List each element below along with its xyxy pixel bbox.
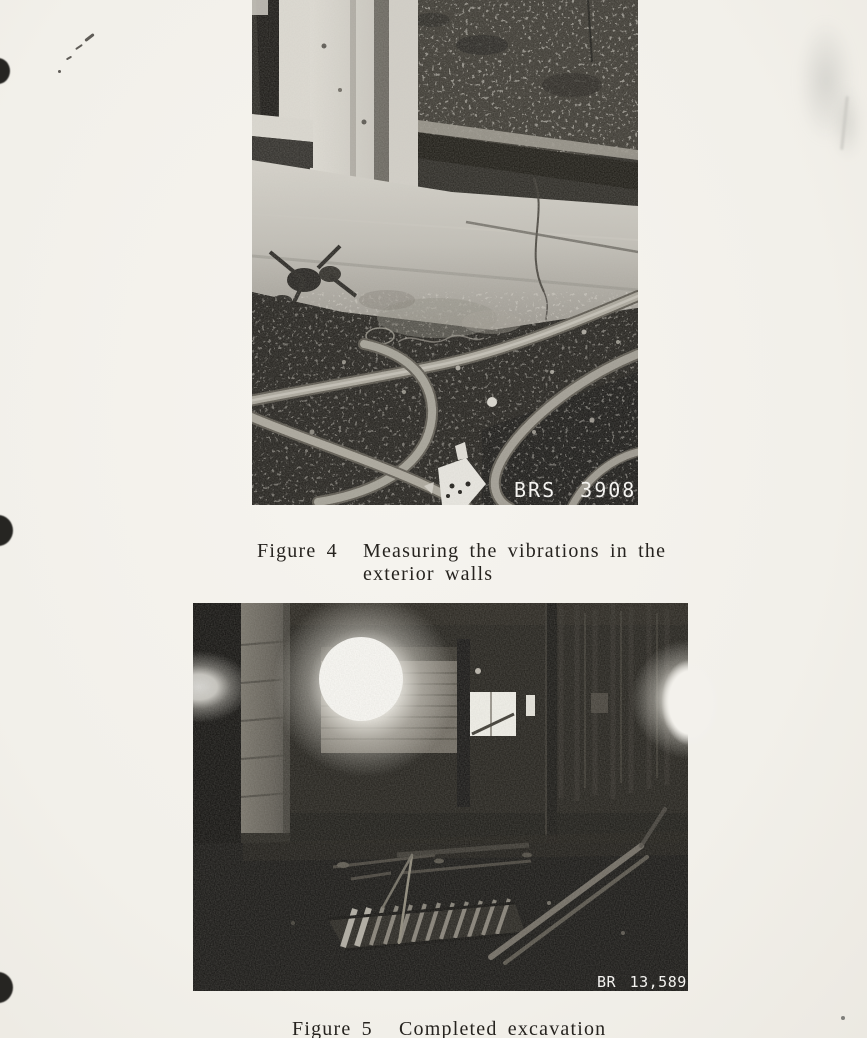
figure5-photo-canvas: BR 13,589 [193, 603, 688, 991]
figure5-photo: BR 13,589 [193, 603, 688, 991]
ink-speck [841, 1016, 845, 1020]
binder-hole-mark-middle [0, 515, 13, 546]
figure4-caption-text: Measuring the vibrations in the exterior… [363, 540, 666, 586]
figure4-label: Figure 4 [257, 540, 363, 586]
figure5-caption-text: Completed excavation [399, 1018, 606, 1038]
photo-archive-number: BRS 3908 [514, 478, 636, 502]
film-grain [252, 0, 638, 505]
figure4-photo-canvas: BRS 3908 [252, 0, 638, 505]
figure4-caption: Figure 4 Measuring the vibrations in the… [257, 540, 666, 586]
figure5-label: Figure 5 [292, 1018, 399, 1038]
figure4-photo: BRS 3908 [252, 0, 638, 505]
binder-hole-mark-top [0, 58, 10, 84]
figure5-caption: Figure 5 Completed excavation [292, 1018, 606, 1038]
binder-hole-mark-bottom [0, 972, 13, 1003]
film-grain [193, 603, 688, 991]
document-page: BRS 3908 Figure 4 Measuring the vibratio… [0, 0, 867, 1038]
photo-archive-number: BR 13,589 [597, 973, 687, 991]
